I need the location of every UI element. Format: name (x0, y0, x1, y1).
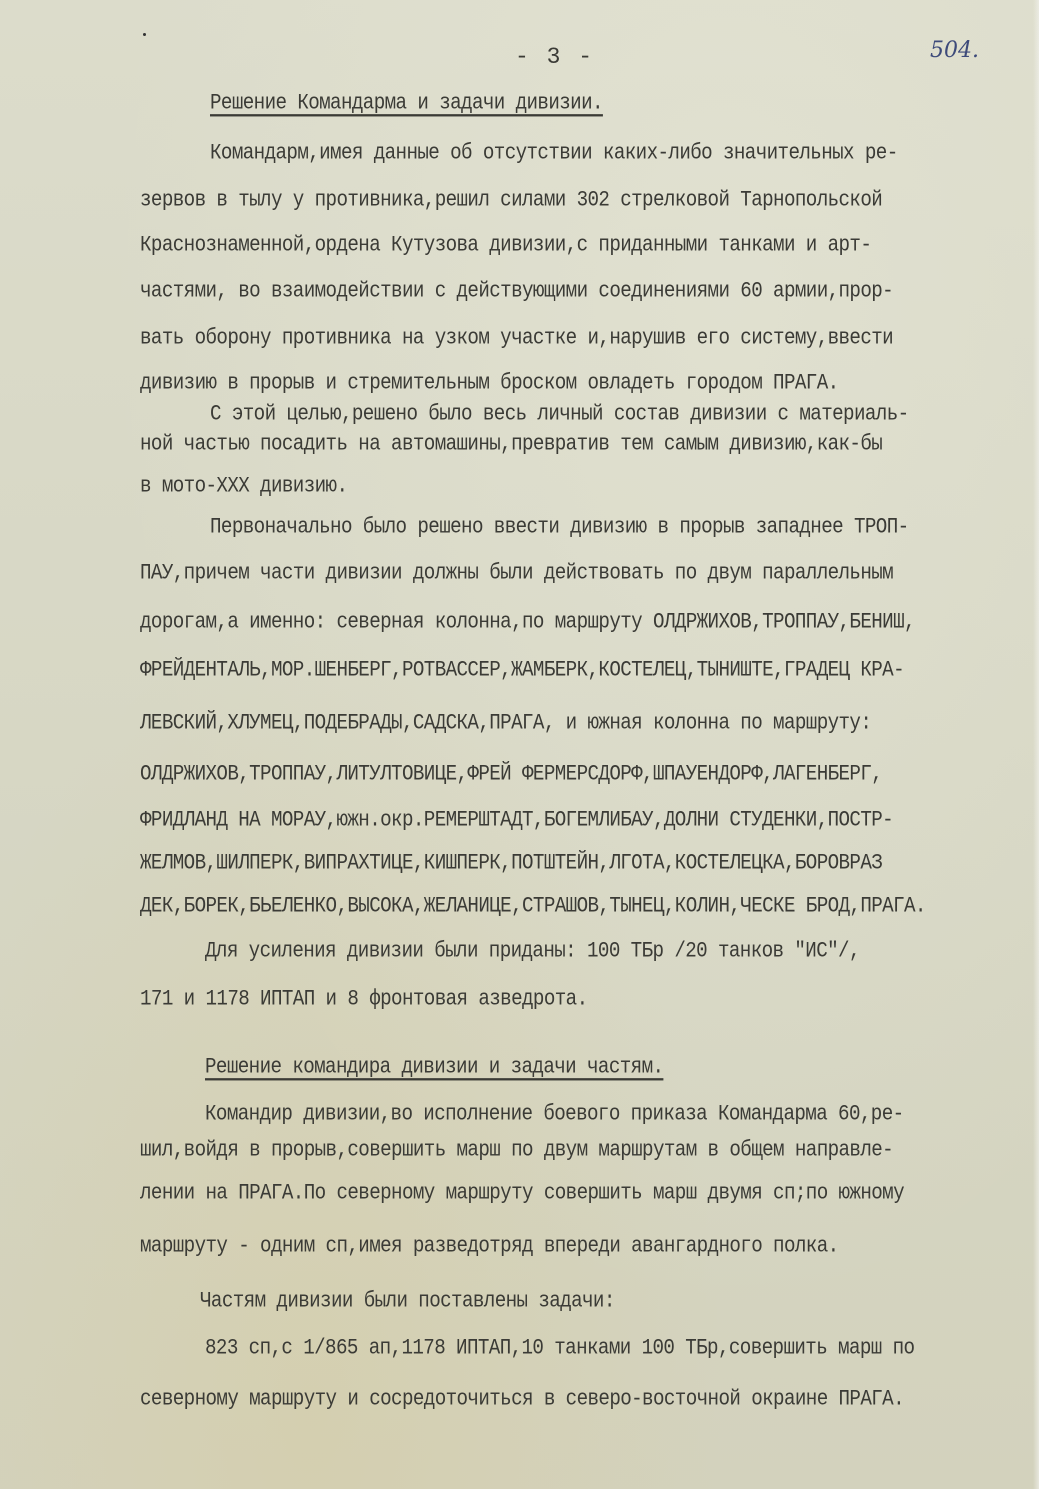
text-line: в мото-XXX дивизию. (140, 473, 347, 498)
document-page: - 3 - 504. Решение Командарма и задачи д… (0, 0, 1039, 1489)
text-line: дорогам,а именно: северная колонна,по ма… (140, 609, 915, 634)
ink-mark (143, 33, 146, 36)
text-line: дивизию в прорыв и стремительным броском… (140, 370, 839, 395)
text-line: ЛЕВСКИЙ,ХЛУМЕЦ,ПОДЕБРАДЫ,САДСКА,ПРАГА, и… (140, 710, 871, 735)
text-line: ПАУ,причем части дивизии должны были дей… (140, 560, 893, 585)
text-line: Частям дивизии были поставлены задачи: (200, 1288, 615, 1313)
text-line: ЖЕЛМОВ,ШИЛПЕРК,ВИПРАХТИЦЕ,КИШПЕРК,ПОТШТЕ… (140, 850, 882, 875)
text-line: Командир дивизии,во исполнение боевого п… (205, 1101, 904, 1126)
text-line: 823 сп,с 1/865 ап,1178 ИПТАП,10 танками … (205, 1335, 914, 1360)
text-line: шил,войдя в прорыв,совершить марш по дву… (140, 1137, 893, 1162)
section-heading: Решение Командарма и задачи дивизии. (210, 90, 603, 115)
text-line: частями, во взаимодействии с действующим… (140, 278, 893, 303)
text-line: ной частью посадить на автомашины,превра… (140, 431, 882, 456)
text-line: 171 и 1178 ИПТАП и 8 фронтовая азведрота… (140, 986, 588, 1011)
text-line: ОЛДРЖИХОВ,ТРОППАУ,ЛИТУЛТОВИЦЕ,ФРЕЙ ФЕРМЕ… (140, 761, 882, 786)
text-line: лении на ПРАГА.По северному маршруту сов… (140, 1180, 904, 1205)
page-number: - 3 - (515, 44, 594, 70)
section-heading: Решение командира дивизии и задачи частя… (205, 1054, 663, 1079)
text-line: ФРИДЛАНД НА МОРАУ,южн.окр.РЕМЕРШТАДТ,БОГ… (140, 807, 893, 832)
text-line: вать оборону противника на узком участке… (140, 325, 893, 350)
text-line: Первоначально было решено ввести дивизию… (210, 514, 909, 539)
text-line: ФРЕЙДЕНТАЛЬ,МОР.ШЕНБЕРГ,РОТВАССЕР,ЖАМБЕР… (140, 657, 904, 682)
archive-folio-number: 504. (930, 38, 979, 63)
text-line: северному маршруту и сосредоточиться в с… (140, 1386, 904, 1411)
text-line: ДЕК,БОРЕК,БЬЕЛЕНКО,ВЫСОКА,ЖЕЛАНИЦЕ,СТРАШ… (140, 893, 926, 918)
text-line: С этой целью,решено было весь личный сос… (210, 401, 909, 426)
page-edge (1033, 0, 1039, 1489)
text-line: маршруту - одним сп,имея разведотряд впе… (140, 1233, 839, 1258)
text-line: Командарм,имея данные об отсутствии каки… (210, 140, 898, 165)
text-line: Краснознаменной,ордена Кутузова дивизии,… (140, 232, 871, 257)
text-line: Для усиления дивизии были приданы: 100 Т… (205, 938, 860, 963)
text-line: зервов в тылу у противника,решил силами … (140, 187, 882, 212)
